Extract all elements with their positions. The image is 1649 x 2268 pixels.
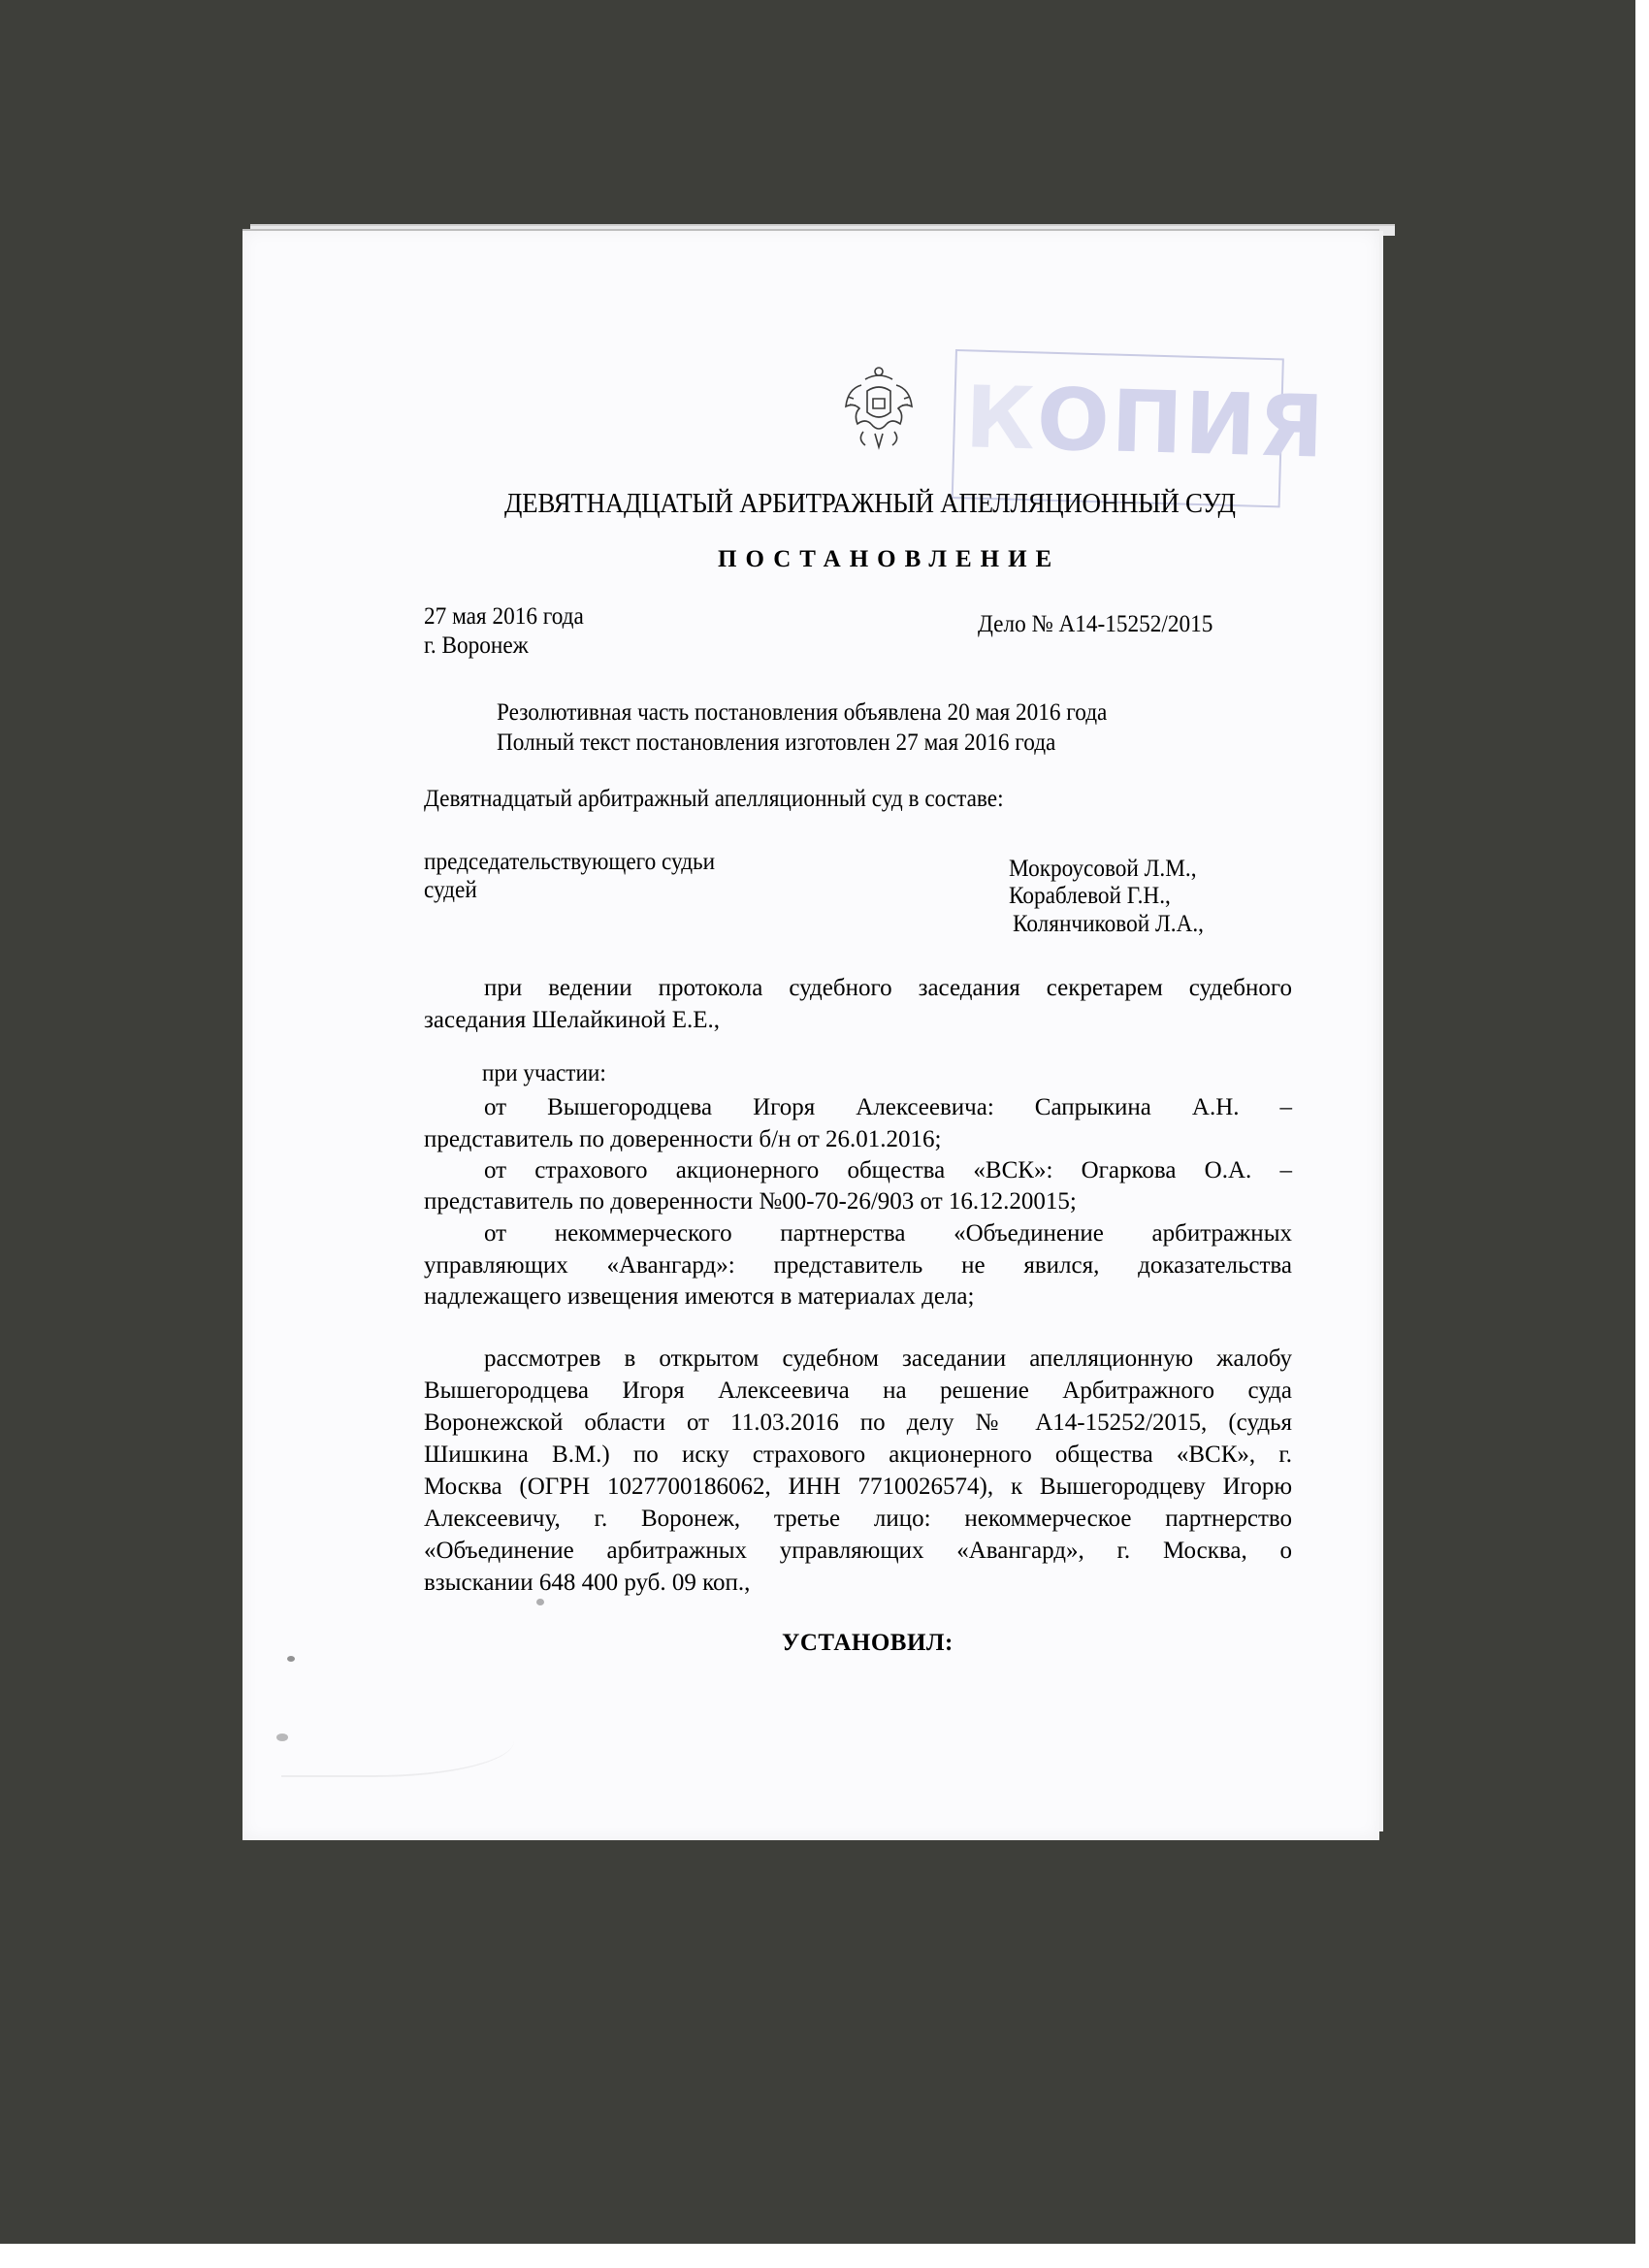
court-name: ДЕВЯТНАДЦАТЫЙ АРБИТРАЖНЫЙ АПЕЛЛЯЦИОННЫЙ …	[504, 488, 1236, 520]
coat-of-arms-icon	[842, 364, 916, 453]
secretary-line: заседания Шелайкиной Е.Е.,	[424, 1004, 1292, 1036]
smudge-mark	[536, 1599, 544, 1605]
case-number: Дело № А14-15252/2015	[978, 611, 1212, 638]
considered-line: рассмотрев в открытом судебном заседании…	[424, 1343, 1292, 1375]
presiding-judge-name: Мокроусовой Л.М.,	[1009, 856, 1197, 883]
considered-line: Воронежской области от 11.03.2016 по дел…	[424, 1407, 1292, 1439]
presiding-judge-label: председательствующего судьи	[424, 849, 715, 876]
stamp-text-faded: К	[964, 367, 1039, 469]
established-heading: УСТАНОВИЛ:	[782, 1630, 954, 1657]
staple-mark	[287, 1656, 295, 1662]
considered-line: Москва (ОГРН 1027700186062, ИНН 77100265…	[424, 1471, 1292, 1503]
document-type-heading: ПОСТАНОВЛЕНИЕ	[718, 546, 1060, 573]
considered-line: Вышегородцева Игоря Алексеевича на решен…	[424, 1375, 1292, 1407]
secretary-line: при ведении протокола судебного заседани…	[424, 972, 1292, 1004]
resolution-announced: Резолютивная часть постановления объявле…	[497, 699, 1107, 727]
document-date: 27 мая 2016 года	[424, 603, 584, 631]
participation-label: при участии:	[482, 1060, 606, 1087]
considered-line: Алексеевичу, г. Воронеж, третье лицо: не…	[424, 1503, 1292, 1535]
participant-line: представитель по доверенности №00-70-26/…	[424, 1185, 1292, 1217]
participant-line: от страхового акционерного общества «ВСК…	[424, 1154, 1292, 1186]
considered-line: «Объединение арбитражных управляющих «Ав…	[424, 1535, 1292, 1567]
judge-name: Колянчиковой Л.А.,	[1013, 911, 1204, 938]
copy-stamp: КОПИЯ	[952, 349, 1284, 507]
participant-line: от Вышегородцева Игоря Алексеевича: Сапр…	[424, 1091, 1292, 1123]
considered-line: Шишкина В.М.) по иску страхового акционе…	[424, 1439, 1292, 1471]
considered-line: взыскании 648 400 руб. 09 коп.,	[424, 1567, 1292, 1599]
document-city: г. Воронеж	[424, 632, 529, 660]
participant-line: управляющих «Авангард»: представитель не…	[424, 1249, 1292, 1281]
participant-line: от некоммерческого партнерства «Объедине…	[424, 1217, 1292, 1249]
judges-label: судей	[424, 877, 477, 904]
judge-name: Кораблевой Г.Н.,	[1009, 883, 1171, 910]
participant-line: представитель по доверенности б/н от 26.…	[424, 1123, 1292, 1155]
stamp-text: ОПИЯ	[1036, 369, 1328, 476]
composition-intro: Девятнадцатый арбитражный апелляционный …	[424, 786, 1004, 813]
full-text-prepared: Полный текст постановления изготовлен 27…	[497, 729, 1055, 757]
participant-line: надлежащего извещения имеются в материал…	[424, 1280, 1292, 1312]
